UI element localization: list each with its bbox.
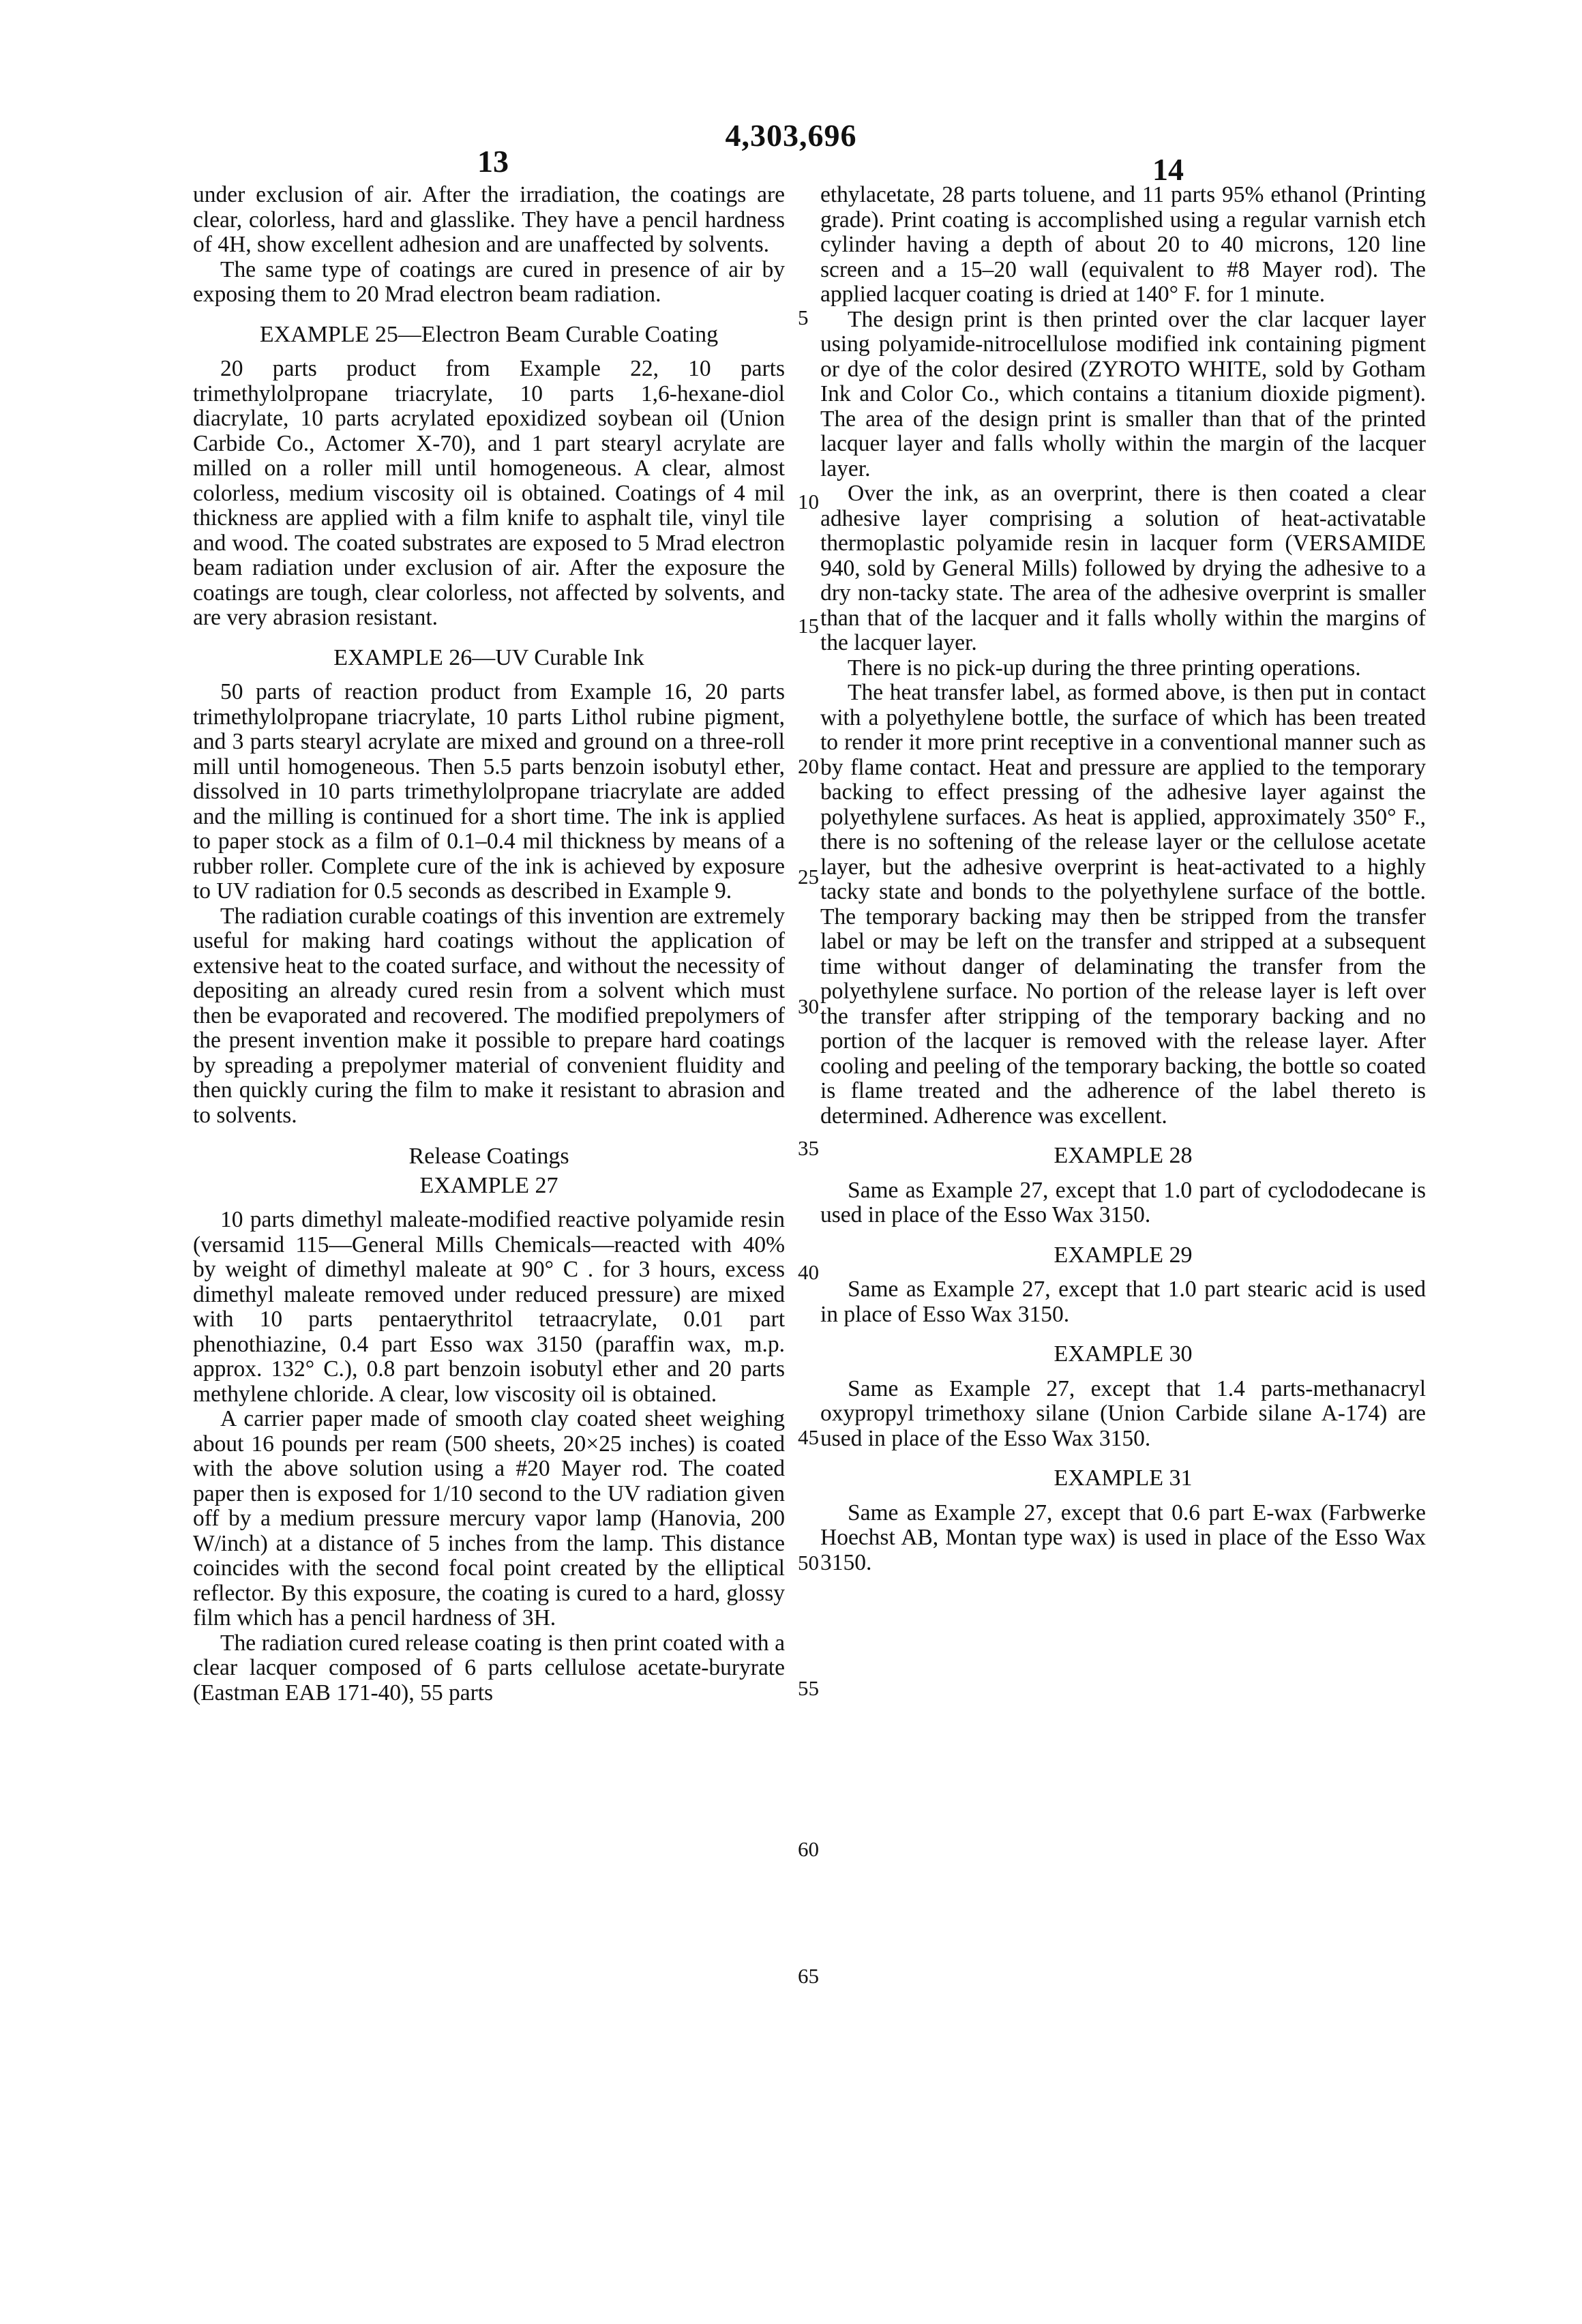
column-number-left: 13 — [477, 143, 509, 179]
example-31-heading: EXAMPLE 31 — [820, 1466, 1426, 1491]
line-number: 55 — [798, 1676, 819, 1701]
line-number: 15 — [798, 614, 819, 638]
line-number: 50 — [798, 1551, 819, 1575]
right-text-column: ethylacetate, 28 parts toluene, and 11 p… — [820, 183, 1426, 1575]
paragraph: 10 parts dimethyl maleate-modified react… — [193, 1208, 785, 1407]
line-number: 10 — [798, 490, 819, 514]
paragraph: The radiation cured release coating is t… — [193, 1631, 785, 1706]
paragraph: The heat transfer label, as formed above… — [820, 681, 1426, 1129]
line-number: 20 — [798, 754, 819, 779]
example-25-heading: EXAMPLE 25—Electron Beam Curable Coating — [193, 323, 785, 348]
example-30-heading: EXAMPLE 30 — [820, 1342, 1426, 1367]
paragraph: Over the ink, as an overprint, there is … — [820, 481, 1426, 656]
line-number: 5 — [798, 306, 809, 330]
line-number: 60 — [798, 1837, 819, 1862]
release-coatings-heading: Release Coatings — [193, 1144, 785, 1170]
paragraph: The same type of coatings are cured in p… — [193, 258, 785, 308]
example-26-heading: EXAMPLE 26—UV Curable Ink — [193, 646, 785, 671]
line-number: 40 — [798, 1260, 819, 1285]
paragraph: ethylacetate, 28 parts toluene, and 11 p… — [820, 183, 1426, 308]
example-29-heading: EXAMPLE 29 — [820, 1243, 1426, 1268]
paragraph: Same as Example 27, except that 1.4 part… — [820, 1377, 1426, 1452]
paragraph: Same as Example 27, except that 1.0 part… — [820, 1277, 1426, 1327]
left-text-column: under exclusion of air. After the irradi… — [193, 183, 785, 1705]
paragraph: The radiation curable coatings of this i… — [193, 904, 785, 1129]
paragraph: There is no pick-up during the three pri… — [820, 656, 1426, 681]
paragraph: A carrier paper made of smooth clay coat… — [193, 1407, 785, 1631]
line-number: 45 — [798, 1425, 819, 1450]
line-number: 30 — [798, 994, 819, 1019]
paragraph: Same as Example 27, except that 1.0 part… — [820, 1178, 1426, 1228]
paragraph: under exclusion of air. After the irradi… — [193, 183, 785, 258]
line-number: 35 — [798, 1136, 819, 1161]
patent-number: 4,303,696 — [0, 117, 1582, 153]
example-28-heading: EXAMPLE 28 — [820, 1144, 1426, 1169]
example-27-heading: EXAMPLE 27 — [193, 1174, 785, 1199]
paragraph: The design print is then printed over th… — [820, 308, 1426, 482]
paragraph: Same as Example 27, except that 0.6 part… — [820, 1501, 1426, 1576]
paragraph: 50 parts of reaction product from Exampl… — [193, 680, 785, 904]
paragraph: 20 parts product from Example 22, 10 par… — [193, 357, 785, 631]
line-number: 65 — [798, 1964, 819, 1988]
line-number: 25 — [798, 865, 819, 889]
